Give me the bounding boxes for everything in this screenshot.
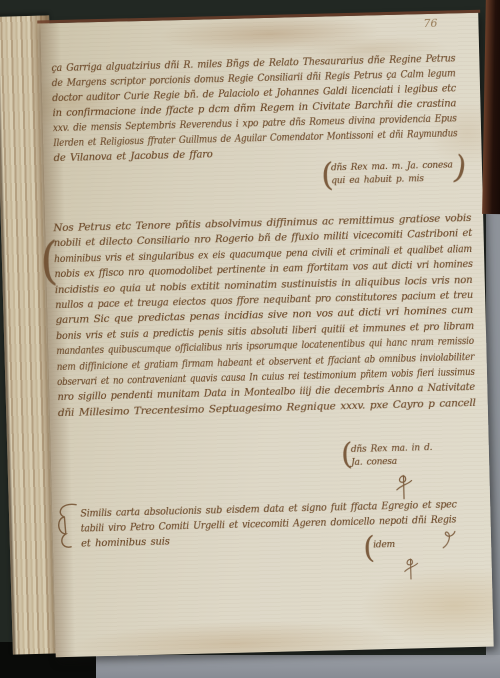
chancery-paraph-icon — [401, 556, 420, 585]
manuscript-photo: 76 ça Garriga alguatzirius dñi R. miles … — [0, 0, 500, 678]
manuscript-page: 76 ça Garriga alguatzirius dñi R. miles … — [40, 13, 493, 658]
opening-flourish-icon: ( — [39, 235, 58, 286]
opening-flourish-icon: ( — [341, 440, 353, 470]
chancery-note-2: ( dñs Rex ma. in d. Ja. conesa — [351, 442, 433, 470]
paragraph-initial-flourish-icon — [52, 501, 83, 558]
opening-flourish-icon: ( — [321, 158, 334, 190]
table-surface-bottom — [92, 655, 500, 678]
opening-flourish-icon: ( — [363, 533, 375, 563]
folio-number: 76 — [423, 17, 437, 30]
note-line: dñs Rex ma. in d. — [351, 442, 433, 457]
similis-carta-paragraph: Similis carta absolucionis sub eisdem da… — [80, 497, 482, 552]
note-line: idem — [373, 539, 395, 553]
chancery-note-1: ( dñs Rex ma. m. Ja. conesa qui ea habui… — [331, 159, 453, 188]
main-paragraph: ( Nos Petrus etc Tenore pñtis absolvimus… — [53, 209, 500, 421]
closing-flourish-icon — [439, 529, 458, 554]
paragraph-continuation: ça Garriga alguatzirius dñi R. miles Bñg… — [51, 50, 500, 166]
note-line: Ja. conesa — [351, 456, 397, 470]
manuscript-line: et hominibus suis — [81, 534, 170, 551]
book-cover-edge — [482, 0, 500, 214]
chancery-note-3: ( idem — [373, 539, 395, 553]
note-line: qui ea habuit p. mis — [331, 173, 424, 188]
